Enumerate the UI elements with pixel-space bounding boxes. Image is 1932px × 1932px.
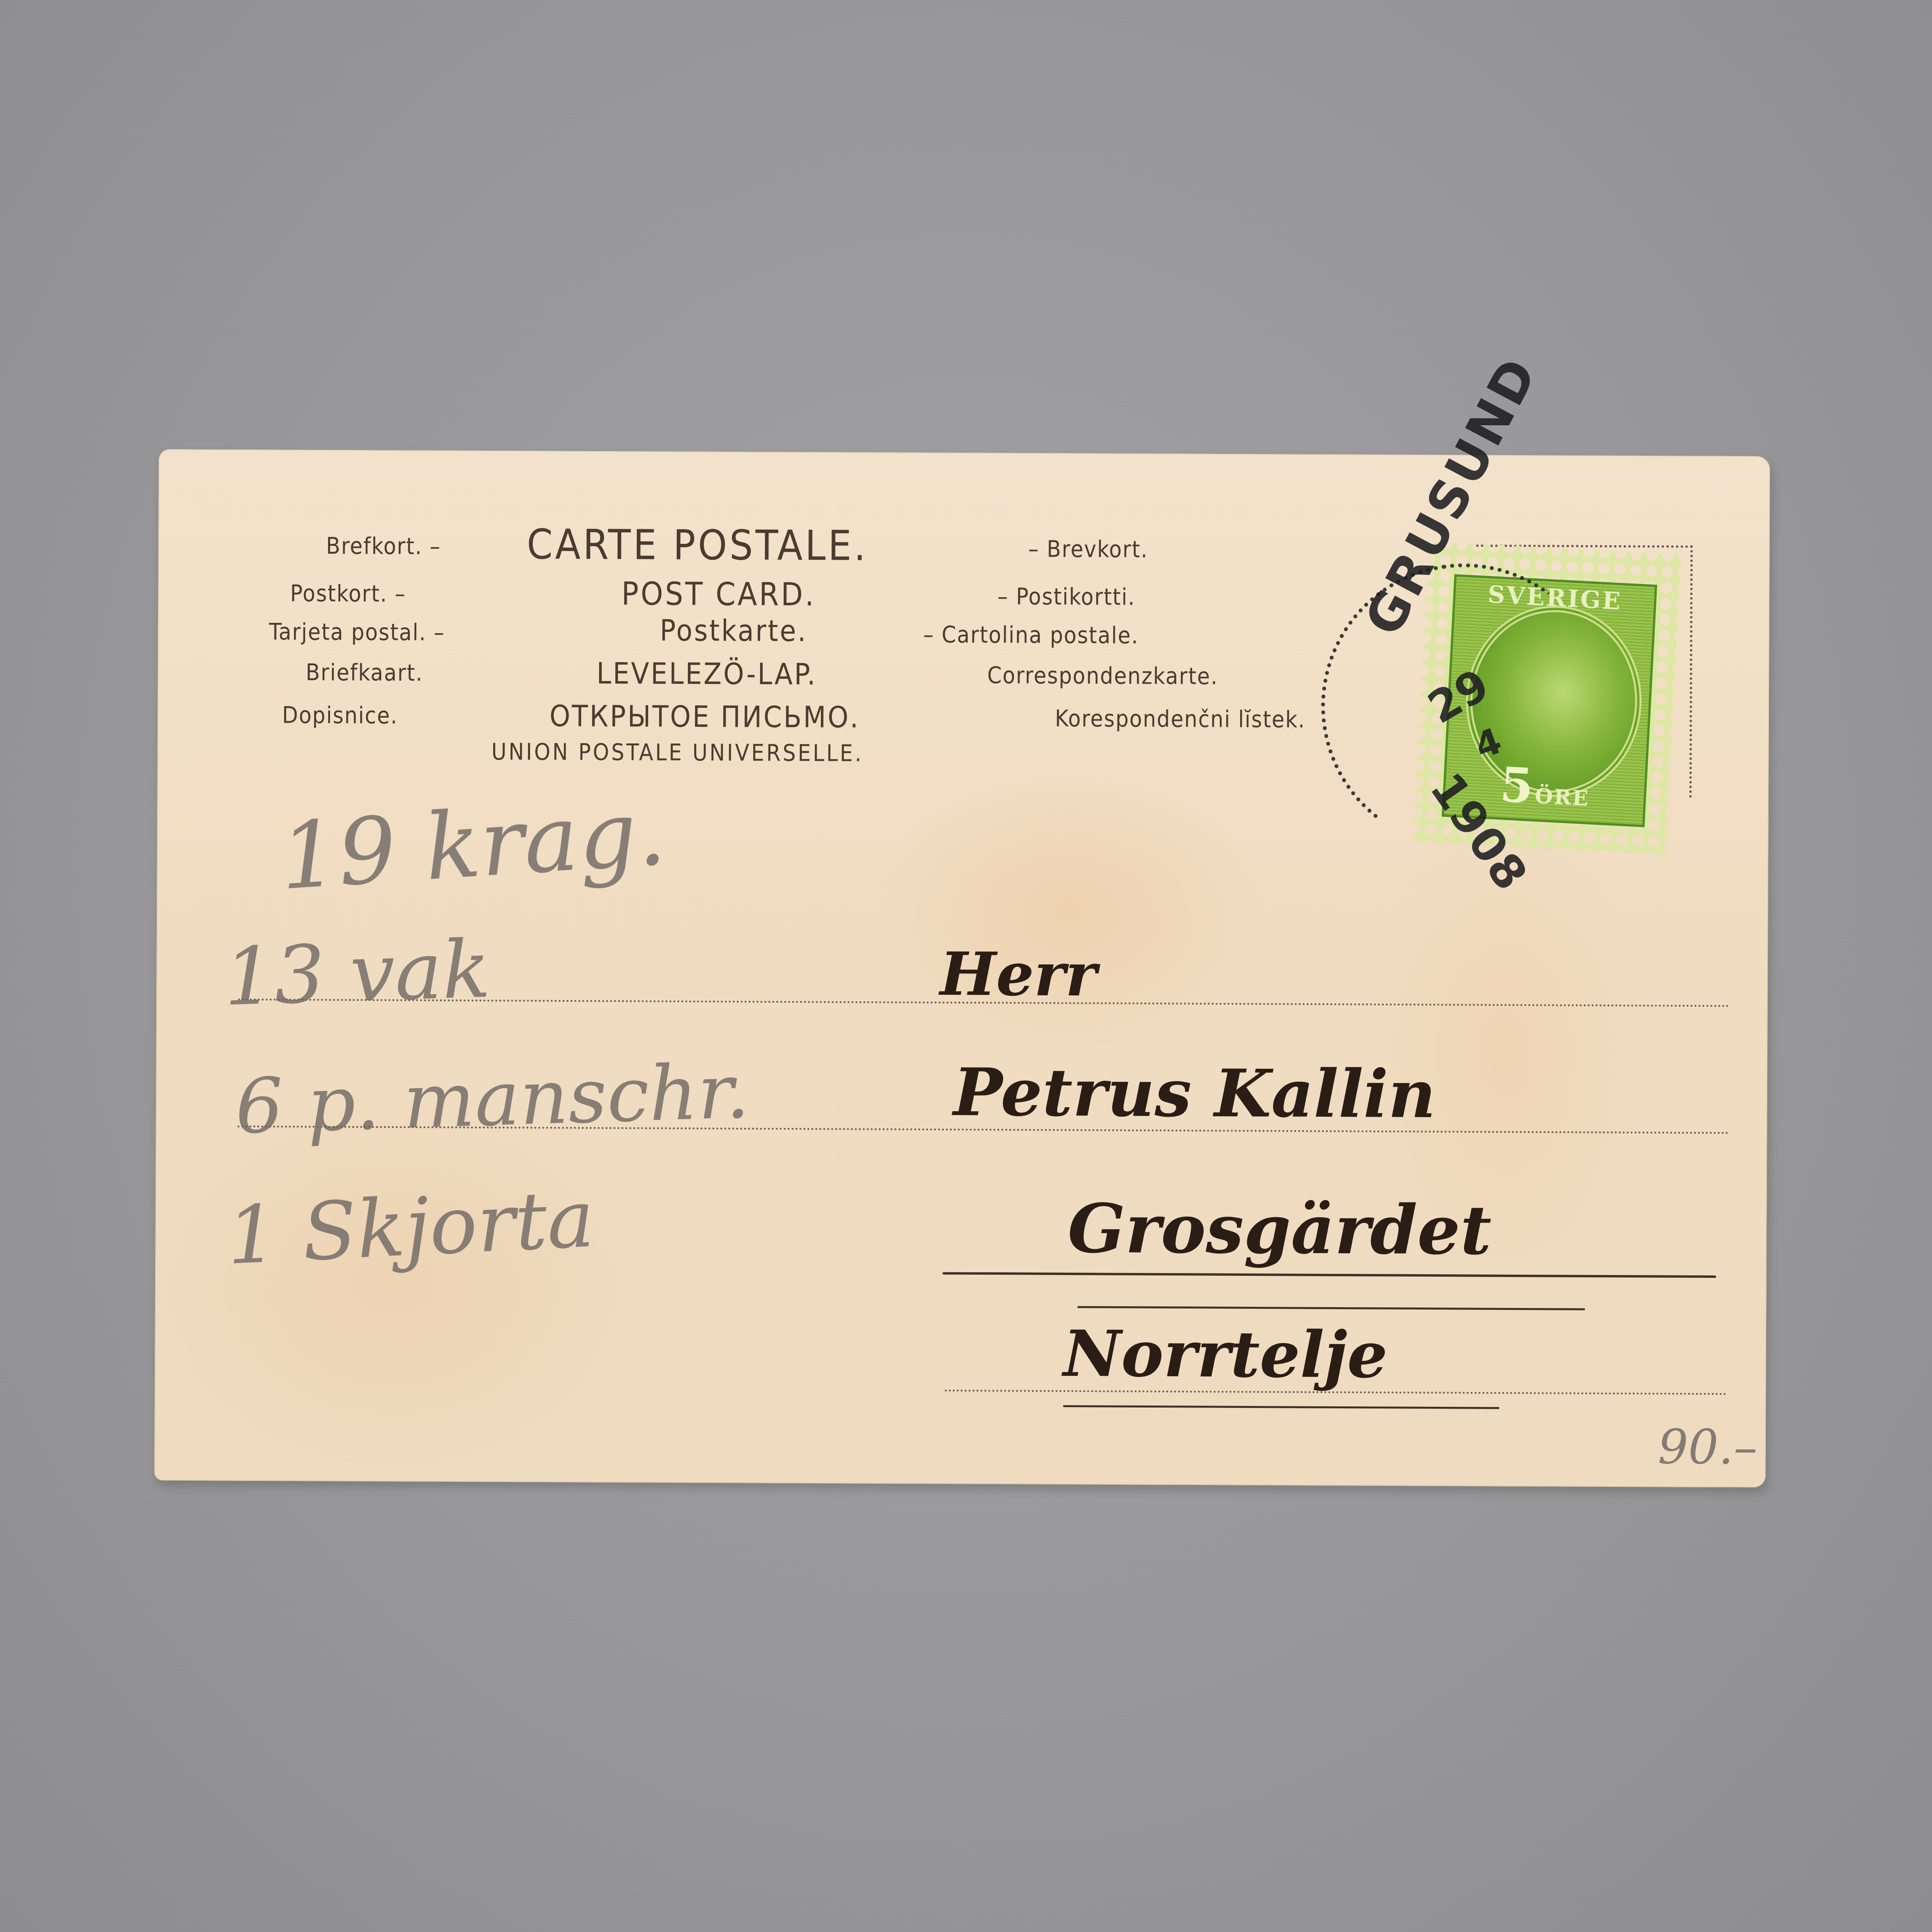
header-title-post-card: POST CARD.	[621, 578, 816, 611]
header-row2-left: Postkort. –	[290, 582, 406, 605]
header-union-postale: UNION POSTALE UNIVERSELLE.	[492, 740, 864, 765]
header-row5-right: Korespondenčni lĭstek.	[1055, 707, 1306, 731]
address-place: Grosgärdet	[1068, 1195, 1492, 1264]
address-line-3	[943, 1272, 1716, 1278]
pencil-note-1: 19 krag.	[277, 787, 668, 903]
header-title-postkarte: Postkarte.	[660, 616, 808, 646]
pencil-note-4: 1 Skjorta	[225, 1179, 596, 1276]
header-row3-left: Tarjeta postal. –	[269, 620, 445, 644]
header-row5-left: Dopisnice.	[282, 703, 398, 727]
header-row3-right: – Cartolina postale.	[923, 623, 1139, 647]
address-name: Petrus Kallin	[953, 1060, 1436, 1127]
header-row1-right: – Brevkort.	[1028, 538, 1148, 561]
address-town: Norrtelje	[1063, 1322, 1388, 1387]
pencil-note-3: 6 p. manschr.	[234, 1054, 750, 1145]
header-row2-right: – Postikortti.	[997, 585, 1135, 609]
address-town-underline	[1063, 1405, 1499, 1409]
header-row1-left: Brefkort. –	[326, 534, 441, 558]
address-salutation: Herr	[940, 945, 1097, 1005]
header-row4-left: Briefkaart.	[305, 661, 423, 684]
header-title-otkrytoe-pismo: ОТКРЫТОЕ ПИСЬМО.	[549, 701, 860, 732]
price-note: 90.–	[1658, 1420, 1757, 1475]
header-title-carte-postale: CARTE POSTALE.	[527, 524, 868, 567]
pencil-note-2: 13 vak	[223, 930, 491, 1017]
header-row4-right: Correspondenzkarte.	[987, 664, 1218, 688]
address-place-underline	[1077, 1306, 1585, 1310]
header-title-levelezo-lap: LEVELEZÖ-LAP.	[596, 659, 817, 689]
